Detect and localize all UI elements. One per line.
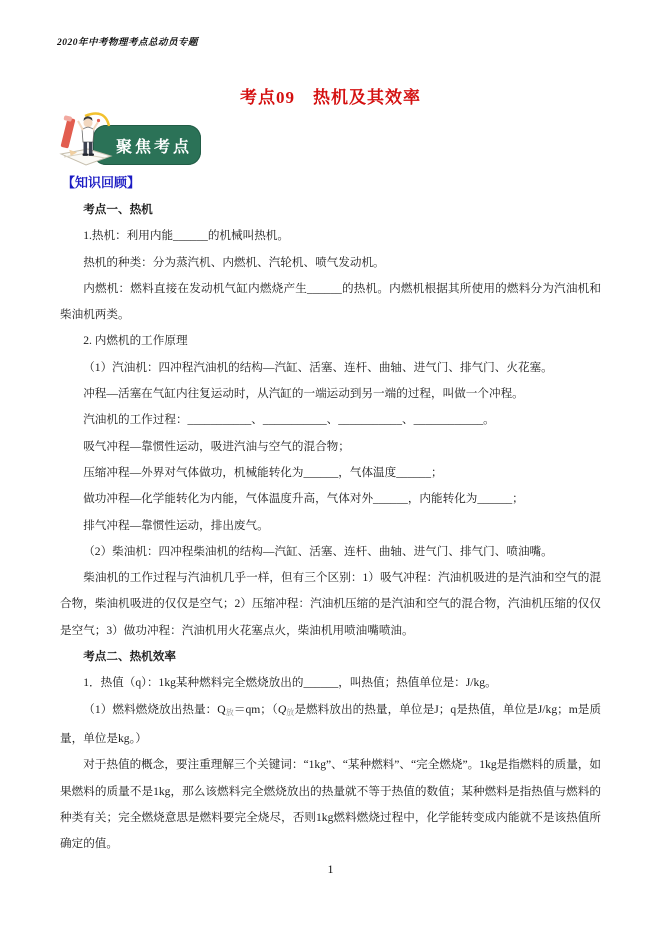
paragraph-intake-stroke: 吸气冲程—靠惯性运动，吸进汽油与空气的混合物； bbox=[60, 434, 601, 460]
paragraph-stroke-def: 冲程—活塞在气缸内往复运动时，从汽缸的一端运动到另一端的过程，叫做一个冲程。 bbox=[60, 381, 601, 407]
document-header-label: 2020年中考物理考点总动员专题 bbox=[57, 34, 198, 48]
paragraph-diesel-differences: 柴油机的工作过程与汽油机几乎一样，但有三个区别：1）吸气冲程：汽油机吸进的是汽油… bbox=[60, 565, 601, 644]
formula-text-2: ＝qm；（ bbox=[234, 703, 278, 716]
formula-q-symbol: Q bbox=[278, 703, 286, 716]
focus-badge: 聚焦考点 bbox=[55, 108, 245, 170]
paragraph-compression-stroke: 压缩冲程—外界对气体做功，机械能转化为______，气体温度______； bbox=[60, 460, 601, 486]
formula-text-1: （1）燃料燃烧放出热量：Q bbox=[83, 703, 225, 716]
knowledge-review-label: 【知识回顾】 bbox=[62, 172, 140, 191]
paragraph-heat-engine-def: 1.热机：利用内能______的机械叫热机。 bbox=[60, 223, 601, 249]
paragraph-exhaust-stroke: 排气冲程—靠惯性运动，排出废气。 bbox=[60, 513, 601, 539]
document-page: 2020年中考物理考点总动员专题 考点09 热机及其效率 bbox=[0, 0, 661, 935]
document-body: 考点一、热机 1.热机：利用内能______的机械叫热机。 热机的种类：分为蒸汽… bbox=[60, 197, 601, 857]
heading-kaodian-1: 考点一、热机 bbox=[60, 197, 601, 223]
page-title: 考点09 热机及其效率 bbox=[0, 83, 661, 108]
paragraph-work-process-blanks: 汽油机的工作过程：___________、___________、_______… bbox=[60, 407, 601, 433]
paragraph-heat-release-formula: （1）燃料燃烧放出热量：Q放＝qm；（Q放是燃料放出的热量，单位是J；q是热值，… bbox=[60, 697, 601, 753]
paragraph-working-principle: 2. 内燃机的工作原理 bbox=[60, 328, 601, 354]
heading-kaodian-2: 考点二、热机效率 bbox=[60, 644, 601, 670]
page-number: 1 bbox=[0, 862, 661, 877]
paragraph-heat-value-def: 1．热值（q）：1kg某种燃料完全燃烧放出的______，叫热值；热值单位是：J… bbox=[60, 670, 601, 696]
paragraph-diesel-structure: （2）柴油机：四冲程柴油机的结构—汽缸、活塞、连杆、曲轴、进气门、排气门、喷油嘴… bbox=[60, 539, 601, 565]
formula-subscript-fang-1: 放 bbox=[226, 708, 234, 717]
student-illustration bbox=[55, 108, 117, 170]
paragraph-heat-value-explanation: 对于热值的概念，要注重理解三个关键词：“1kg”、“某种燃料”、“完全燃烧”。1… bbox=[60, 752, 601, 857]
pencil-icon bbox=[60, 115, 77, 156]
paragraph-power-stroke: 做功冲程—化学能转化为内能，气体温度升高，气体对外______，内能转化为___… bbox=[60, 486, 601, 512]
paragraph-internal-combustion: 内燃机：燃料直接在发动机气缸内燃烧产生______的热机。内燃机根据其所使用的燃… bbox=[60, 276, 601, 329]
paragraph-heat-engine-types: 热机的种类：分为蒸汽机、内燃机、汽轮机、喷气发动机。 bbox=[60, 250, 601, 276]
paragraph-gasoline-structure: （1）汽油机：四冲程汽油机的结构—汽缸、活塞、连杆、曲轴、进气门、排气门、火花塞… bbox=[60, 355, 601, 381]
